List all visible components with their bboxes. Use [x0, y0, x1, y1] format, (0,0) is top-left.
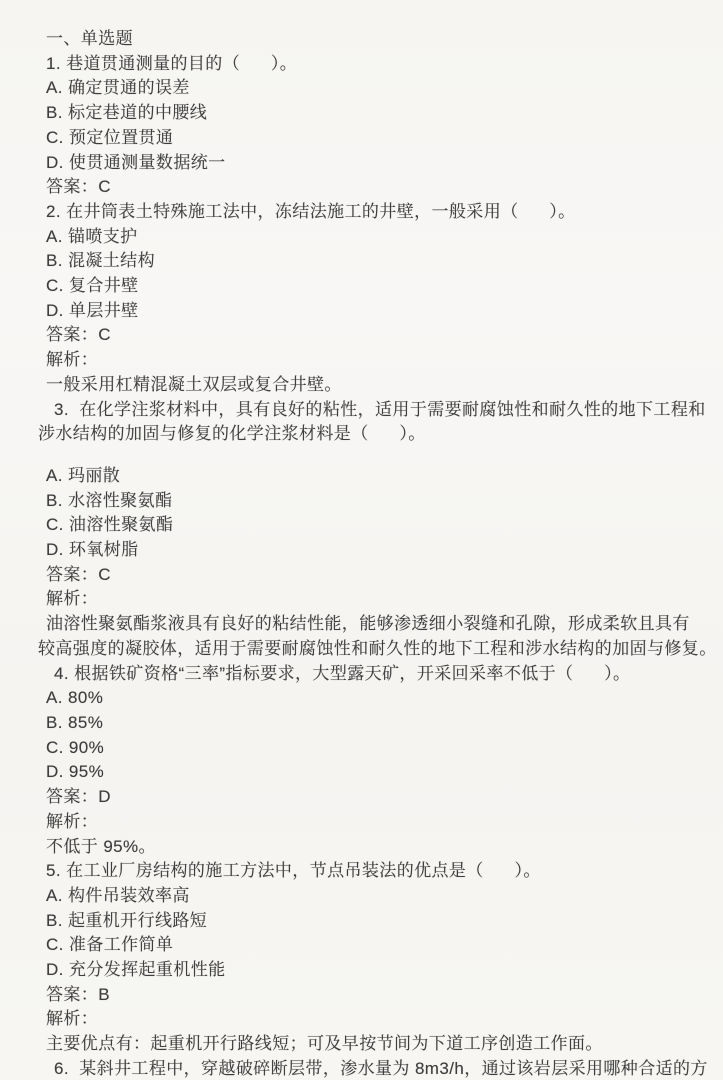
question-block-6: 6. 某斜井工程中，穿越破碎断层带，渗水量为 8m3/h，通过该岩层采用哪种合适… — [46, 1057, 683, 1080]
option-line-d: D. 95% — [46, 760, 683, 785]
option-line-a: A. 80% — [46, 686, 683, 711]
option-line-a: A. 确定贯通的误差 — [46, 76, 683, 101]
analysis-line-continued: 较高强度的凝胶体，适用于需要耐腐蚀性和耐久性的地下工程和涉水结构的加固与修复。 — [38, 637, 683, 662]
analysis-label: 解析： — [46, 810, 683, 835]
option-line-d: D. 充分发挥起重机性能 — [46, 958, 683, 983]
option-line-d: D. 环氧树脂 — [46, 538, 683, 563]
answer-line: 答案：C — [46, 563, 683, 588]
option-line-a: A. 构件吊装效率高 — [46, 884, 683, 909]
question-block-1: 1. 巷道贯通测量的目的（ ）。 A. 确定贯通的误差 B. 标定巷道的中腰线 … — [46, 52, 683, 200]
question-stem-line: 4. 根据铁矿资格“三率”指标要求，大型露天矿，开采回采率不低于（ ）。 — [54, 662, 683, 687]
option-line-d: D. 使贯通测量数据统一 — [46, 151, 683, 176]
answer-line: 答案：C — [46, 323, 683, 348]
option-line-b: B. 标定巷道的中腰线 — [46, 101, 683, 126]
analysis-line: 主要优点有：起重机开行路线短；可及早按节间为下道工序创造工作面。 — [46, 1032, 683, 1057]
section-title: 一、单选题 — [46, 27, 683, 52]
question-stem-line-continued: 涉水结构的加固与修复的化学注浆材料是（ ）。 — [38, 422, 683, 447]
question-block-3: 3. 在化学注浆材料中，具有良好的粘性，适用于需要耐腐蚀性和耐久性的地下工程和 … — [46, 398, 683, 662]
analysis-line: 不低于 95%。 — [46, 835, 683, 860]
option-line-a: A. 锚喷支护 — [46, 225, 683, 250]
option-line-a: A. 玛丽散 — [46, 464, 683, 489]
question-block-5: 5. 在工业厂房结构的施工方法中，节点吊装法的优点是（ ）。 A. 构件吊装效率… — [46, 859, 683, 1057]
option-line-b: B. 水溶性聚氨酯 — [46, 489, 683, 514]
question-stem-line: 5. 在工业厂房结构的施工方法中，节点吊装法的优点是（ ）。 — [46, 859, 683, 884]
question-block-2: 2. 在井筒表土特殊施工法中，冻结法施工的井壁，一般采用（ ）。 A. 锚喷支护… — [46, 200, 683, 398]
option-line-d: D. 单层井壁 — [46, 299, 683, 324]
analysis-label: 解析： — [46, 348, 683, 373]
option-line-c: C. 油溶性聚氨酯 — [46, 513, 683, 538]
option-line-c: C. 复合井壁 — [46, 274, 683, 299]
analysis-label: 解析： — [46, 587, 683, 612]
question-stem-line: 6. 某斜井工程中，穿越破碎断层带，渗水量为 8m3/h，通过该岩层采用哪种合适… — [54, 1057, 683, 1080]
option-line-c: C. 90% — [46, 736, 683, 761]
question-stem-line: 1. 巷道贯通测量的目的（ ）。 — [46, 52, 683, 77]
question-stem-line: 2. 在井筒表土特殊施工法中，冻结法施工的井壁，一般采用（ ）。 — [46, 200, 683, 225]
option-line-b: B. 85% — [46, 711, 683, 736]
question-stem-line: 3. 在化学注浆材料中，具有良好的粘性，适用于需要耐腐蚀性和耐久性的地下工程和 — [54, 398, 683, 423]
question-block-4: 4. 根据铁矿资格“三率”指标要求，大型露天矿，开采回采率不低于（ ）。 A. … — [46, 662, 683, 860]
option-line-b: B. 混凝土结构 — [46, 249, 683, 274]
answer-line: 答案：C — [46, 175, 683, 200]
analysis-line: 油溶性聚氨酯浆液具有良好的粘结性能，能够渗透细小裂缝和孔隙，形成柔软且具有 — [46, 612, 683, 637]
analysis-line: 一般采用杠精混凝土双层或复合井壁。 — [46, 373, 683, 398]
option-line-c: C. 预定位置贯通 — [46, 126, 683, 151]
answer-line: 答案：D — [46, 785, 683, 810]
analysis-label: 解析： — [46, 1007, 683, 1032]
option-line-c: C. 准备工作简单 — [46, 933, 683, 958]
answer-line: 答案：B — [46, 983, 683, 1008]
option-line-b: B. 起重机开行线路短 — [46, 909, 683, 934]
document-page: 一、单选题 1. 巷道贯通测量的目的（ ）。 A. 确定贯通的误差 B. 标定巷… — [0, 0, 723, 1080]
